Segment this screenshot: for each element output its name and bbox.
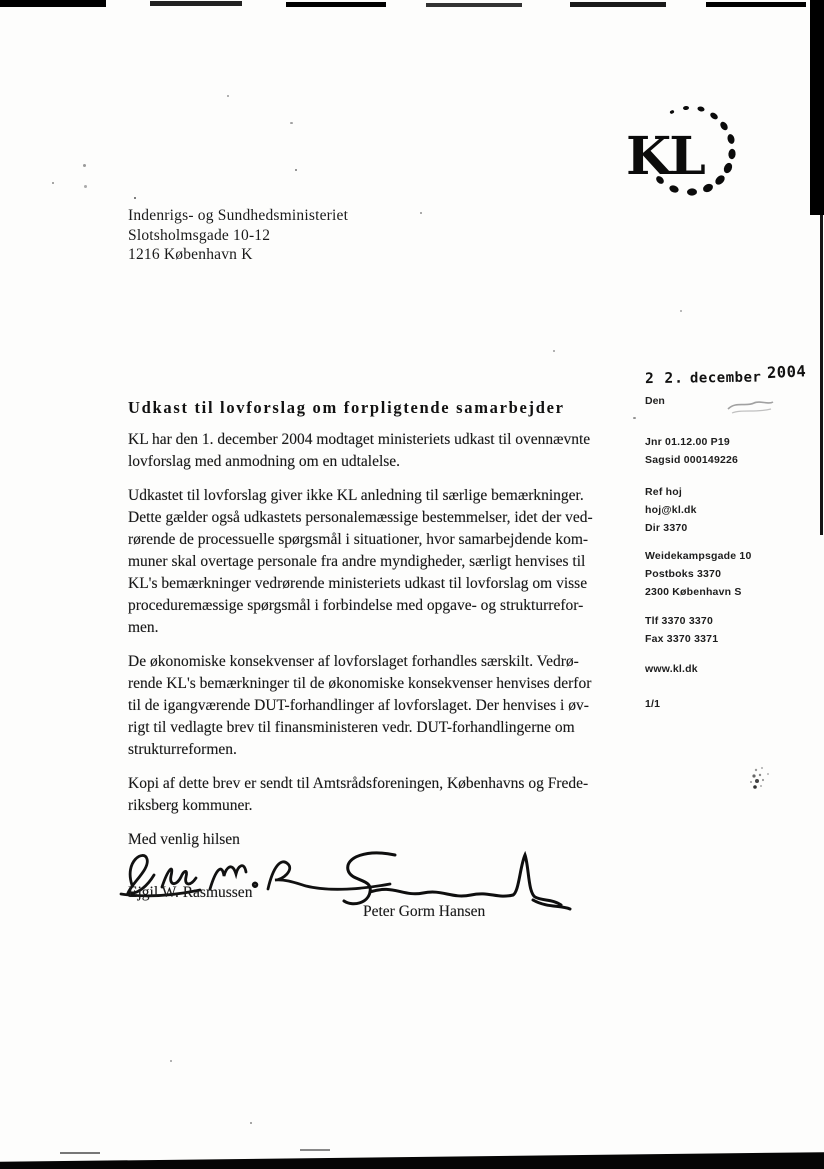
scan-edge-top (0, 0, 106, 7)
scan-speck (290, 122, 293, 124)
scan-speck (83, 164, 86, 167)
date-field-label: Den (645, 395, 665, 407)
sidebar-reference-group: Jnr 01.12.00 P19 Sagsid 000149226 (645, 433, 805, 469)
scan-edge-top (570, 2, 666, 7)
scan-speck (420, 212, 422, 214)
date-stamp-year: 2004 (767, 362, 807, 382)
body-paragraph: KL har den 1. december 2004 modtaget min… (128, 429, 633, 473)
scan-speck (250, 1122, 252, 1124)
postbox: Postboks 3370 (645, 565, 805, 583)
letter-body: Udkast til lovforslag om forpligtende sa… (128, 398, 633, 851)
body-paragraph: Kopi af dette brev er sendt til Amtsråds… (128, 773, 633, 817)
scan-smudge (744, 760, 778, 798)
scan-edge-bottom (60, 1152, 100, 1154)
sidebar-contact-group: Ref hoj hoj@kl.dk Dir 3370 (645, 483, 805, 537)
scan-edge-top (706, 2, 806, 7)
phone-number: Tlf 3370 3370 (645, 612, 805, 630)
sidebar-phone-group: Tlf 3370 3370 Fax 3370 3371 (645, 612, 805, 648)
website: www.kl.dk (645, 660, 805, 678)
body-paragraph: De økonomiske konsekvenser af lovforslag… (128, 651, 633, 761)
contact-email: hoj@kl.dk (645, 501, 805, 519)
stamp-smudge (726, 396, 776, 418)
scanned-letter-page: KL Indenrigs- og Sundhedsministeriet Slo… (0, 0, 824, 1169)
scan-speck (633, 417, 636, 419)
body-paragraph: Udkastet til lovforslag giver ikke KL an… (128, 485, 633, 639)
recipient-address: Indenrigs- og Sundhedsministeriet Slotsh… (128, 206, 348, 265)
signer-name: Peter Gorm Hansen (363, 903, 485, 921)
city: 2300 København S (645, 583, 805, 601)
scan-speck (553, 350, 555, 352)
fax-number: Fax 3370 3371 (645, 630, 805, 648)
letter-title: Udkast til lovforslag om forpligtende sa… (128, 398, 633, 417)
kl-logo-text: KL (626, 126, 705, 187)
street-address: Weidekampsgade 10 (645, 547, 805, 565)
letterhead-sidebar: Jnr 01.12.00 P19 Sagsid 000149226 Ref ho… (645, 433, 805, 713)
date-stamp: 2 2.december2004 (645, 366, 815, 387)
scan-speck (134, 197, 136, 199)
reference-initials: Ref hoj (645, 483, 805, 501)
sidebar-web-group: www.kl.dk (645, 660, 805, 678)
scan-edge-right (810, 0, 824, 215)
scan-edge-top (426, 3, 522, 7)
case-id: Sagsid 000149226 (645, 451, 805, 469)
sidebar-address-group: Weidekampsgade 10 Postboks 3370 2300 Køb… (645, 547, 805, 601)
scan-speck (227, 95, 229, 97)
scan-speck (295, 169, 297, 171)
scan-edge-right (820, 215, 823, 535)
kl-logo: KL (612, 96, 746, 208)
scan-speck (52, 182, 54, 184)
scan-edge-top (150, 1, 242, 6)
direct-phone: Dir 3370 (645, 519, 805, 537)
scan-speck (680, 310, 682, 312)
signer-name: Ejgil W. Rasmussen (128, 884, 252, 902)
scan-speck (84, 185, 87, 188)
scan-speck (170, 1060, 172, 1062)
date-stamp-month: december (690, 370, 762, 387)
date-stamp-day: 2 2. (645, 371, 684, 388)
scan-edge-bottom (300, 1149, 330, 1151)
journal-number: Jnr 01.12.00 P19 (645, 433, 805, 451)
scan-edge-bottom (0, 1145, 824, 1169)
scan-edge-top (286, 2, 386, 7)
page-indicator: 1/1 (645, 695, 805, 713)
